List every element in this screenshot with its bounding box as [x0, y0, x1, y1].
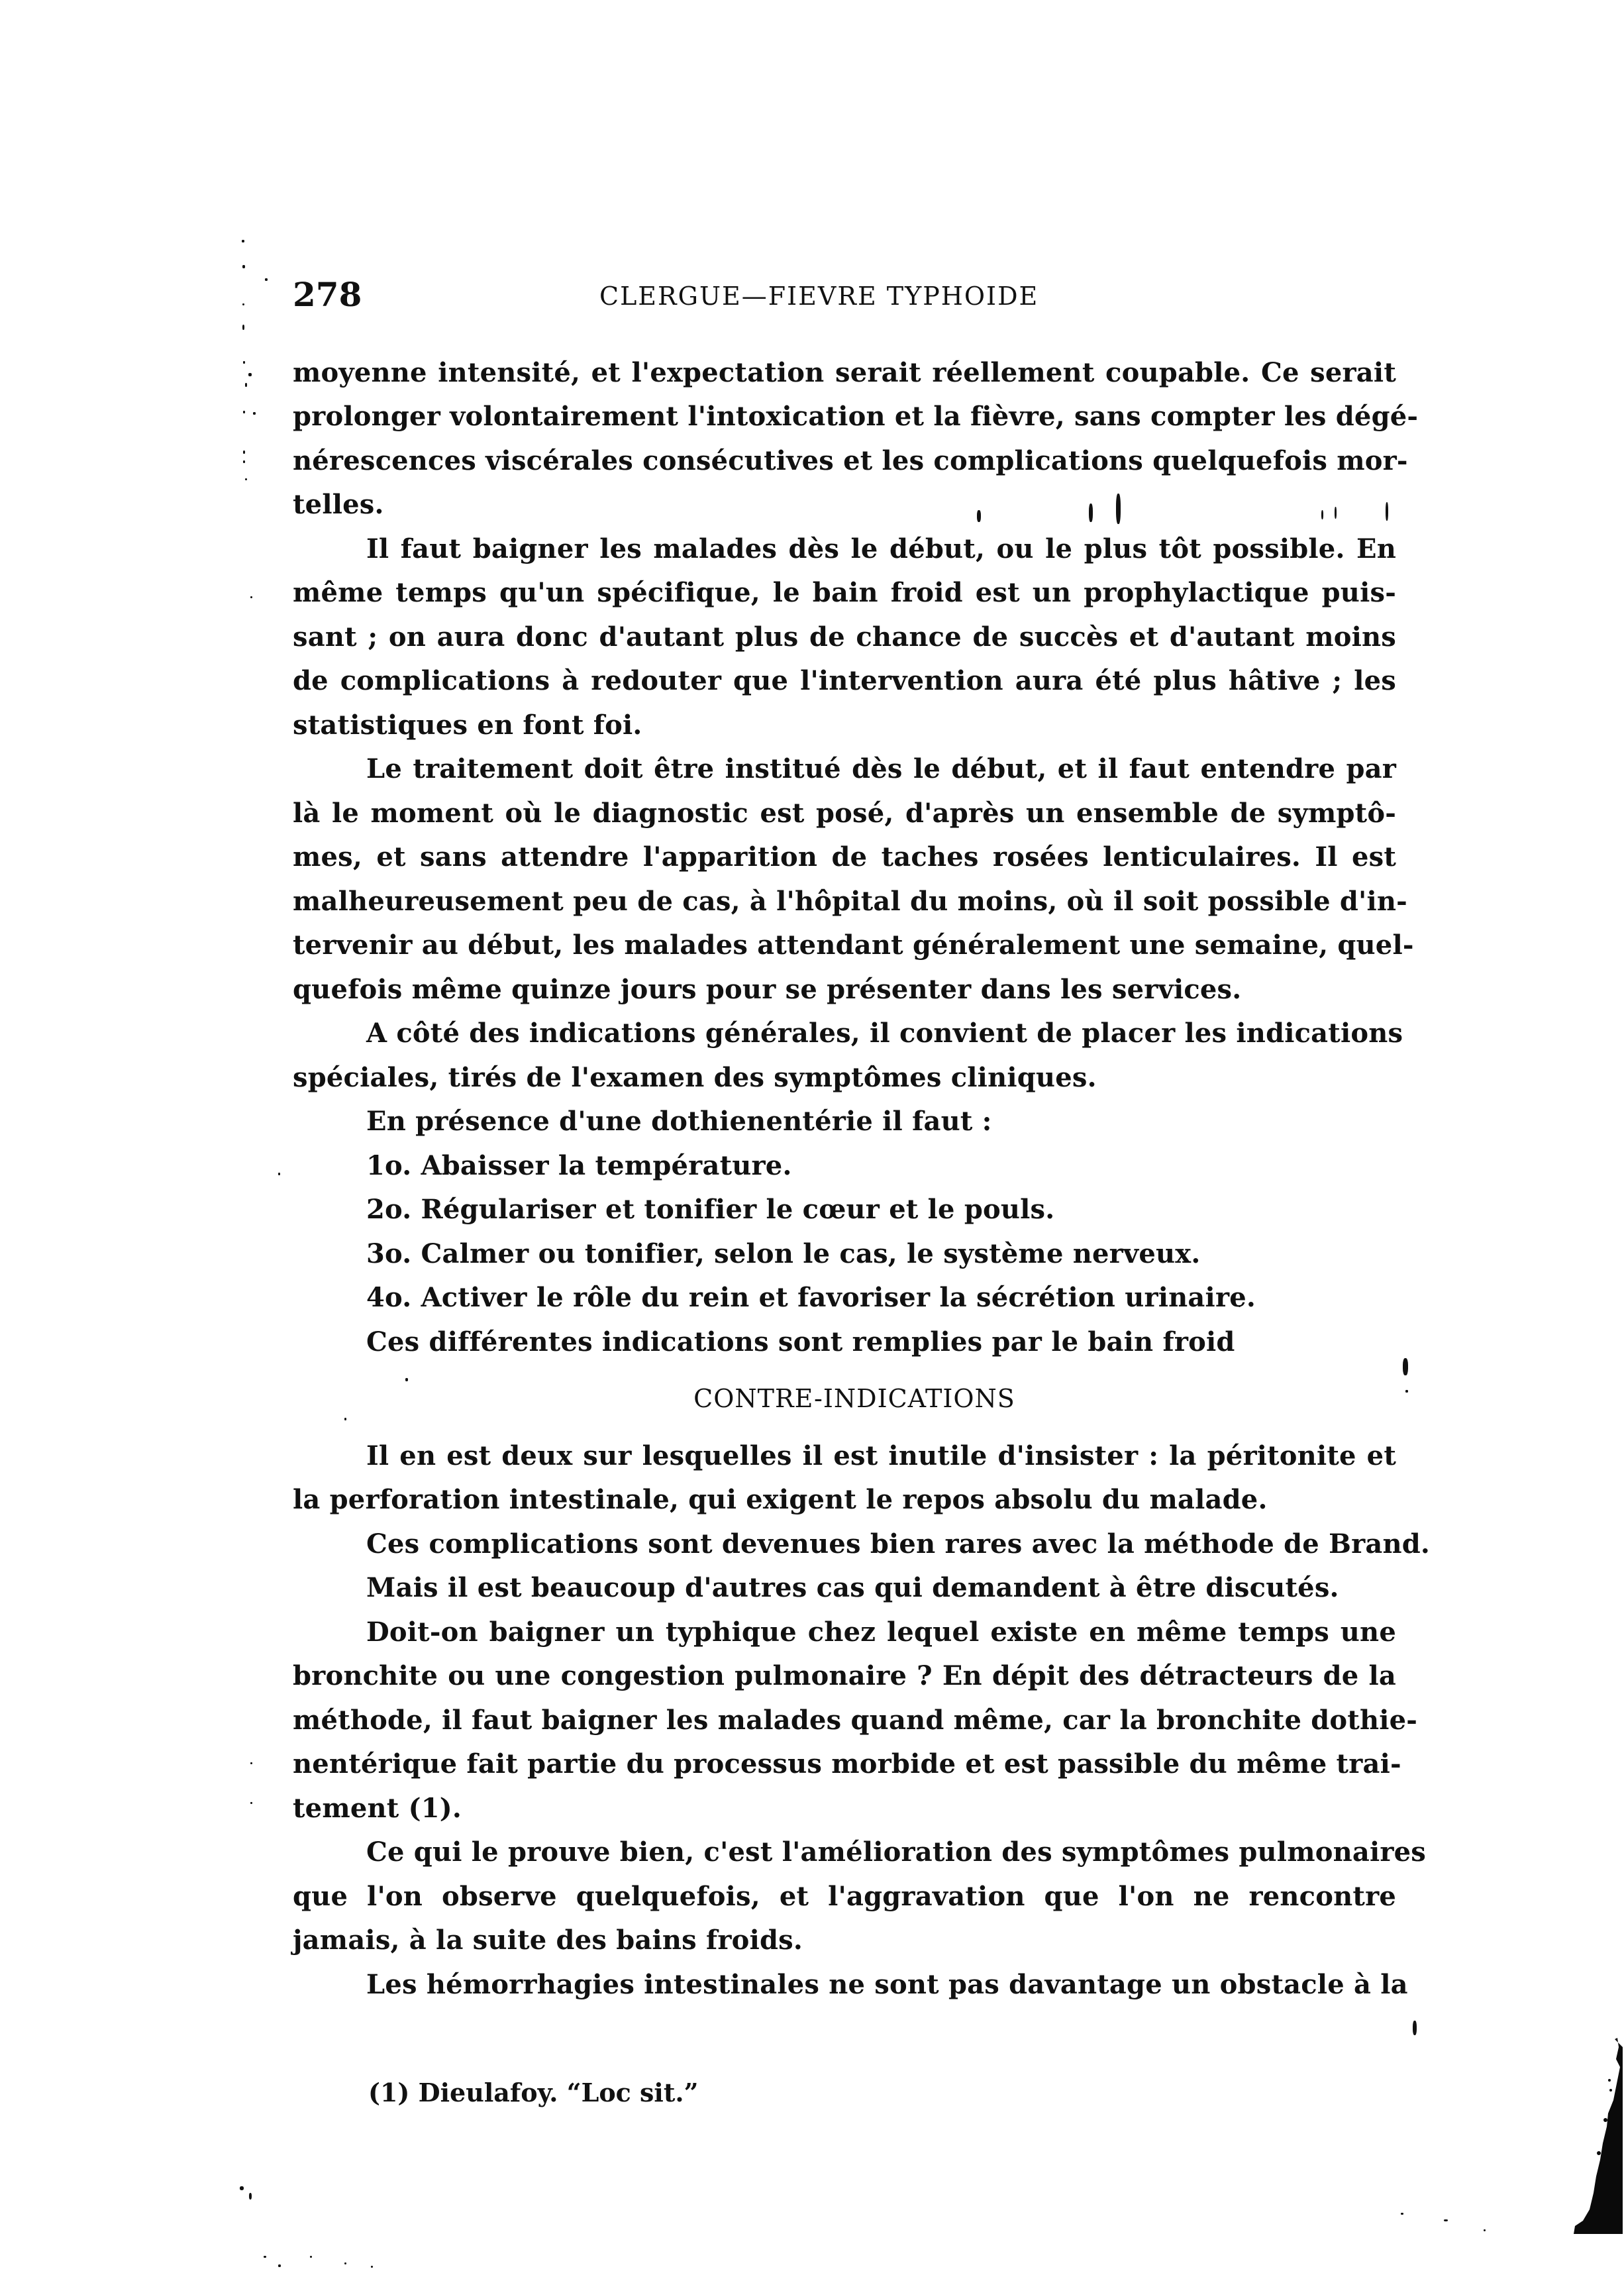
- body-line: spéciales, tirés de l'examen des symptôm…: [293, 1065, 1396, 1091]
- list-item: 1o. Abaisser la température.: [366, 1153, 1396, 1179]
- scan-speck: [250, 1802, 252, 1804]
- scan-speck: [250, 1762, 252, 1764]
- scan-speck: [278, 2264, 281, 2267]
- scan-speck: [371, 2266, 373, 2268]
- scan-speck: [1386, 502, 1388, 521]
- body-line: bronchite ou une congestion pulmonaire ?…: [293, 1663, 1396, 1689]
- scan-speck: [1335, 507, 1337, 519]
- scan-speck: [1444, 2219, 1448, 2221]
- body-line: méthode, il faut baigner les malades qua…: [293, 1707, 1396, 1734]
- paragraph-start: Le traitement doit être institué dès le …: [366, 756, 1396, 782]
- footnote: (1) Dieulafoy. “Loc sit.”: [368, 2080, 699, 2105]
- body-line: mes, et sans attendre l'apparition de ta…: [293, 844, 1396, 871]
- list-item: 2o. Régulariser et tonifier le cœur et l…: [366, 1196, 1396, 1223]
- paragraph-start: Ces complications sont devenues bien rar…: [366, 1531, 1396, 1558]
- scan-speck: [1089, 504, 1093, 522]
- body-line: telles.: [293, 492, 1396, 518]
- paragraph-start: Les hémorrhagies intestinales ne sont pa…: [366, 1972, 1396, 1998]
- scan-speck: [248, 373, 252, 376]
- body-line: statistiques en font foi.: [293, 712, 1396, 739]
- scan-speck: [344, 2262, 346, 2264]
- scan-speck: [253, 412, 256, 415]
- body-line: sant ; on aura donc d'autant plus de cha…: [293, 624, 1396, 651]
- scan-speck: [240, 2186, 244, 2190]
- body-line: là le moment où le diagnostic est posé, …: [293, 800, 1396, 827]
- scan-speck: [249, 2193, 252, 2200]
- scan-speck: [1239, 1305, 1241, 1307]
- scan-speck: [1116, 494, 1121, 524]
- body-line: moyenne intensité, et l'expectation sera…: [293, 360, 1396, 386]
- scan-speck: [242, 240, 244, 242]
- scan-speck: [977, 510, 981, 522]
- scan-speck: [344, 1418, 346, 1420]
- body-line: quefois même quinze jours pour se présen…: [293, 977, 1396, 1003]
- scan-speck: [1401, 2213, 1403, 2215]
- paragraph-start: Ce qui le prouve bien, c'est l'améliorat…: [366, 1839, 1396, 1866]
- running-head: CLERGUE—FIEVRE TYPHOIDE: [599, 284, 1039, 309]
- scan-edge-shadow: [1570, 2027, 1624, 2239]
- scan-speck: [242, 265, 245, 268]
- scan-speck: [243, 361, 245, 364]
- body-line: tervenir au début, les malades attendant…: [293, 932, 1396, 959]
- section-heading: CONTRE-INDICATIONS: [0, 1386, 1624, 1411]
- body-line: nentérique fait partie du processus morb…: [293, 1751, 1396, 1777]
- paragraph-start: Il faut baigner les malades dès le début…: [366, 536, 1396, 562]
- scan-speck: [265, 278, 268, 281]
- scan-speck: [310, 2256, 312, 2258]
- body-line: nérescences viscérales consécutives et l…: [293, 448, 1396, 474]
- body-line: que l'on observe quelquefois, et l'aggra…: [293, 1883, 1396, 1910]
- list-item: 4o. Activer le rôle du rein et favoriser…: [366, 1285, 1396, 1311]
- scan-speck: [405, 1378, 408, 1381]
- paragraph-start: Doit-on baigner un typhique chez lequel …: [366, 1619, 1396, 1646]
- body-line: même temps qu'un spécifique, le bain fro…: [293, 580, 1396, 606]
- paragraph-start: A côté des indications générales, il con…: [366, 1020, 1396, 1047]
- scan-speck: [243, 460, 245, 463]
- scan-speck: [245, 383, 247, 387]
- body-line: la perforation intestinale, qui exigent …: [293, 1487, 1396, 1513]
- page-number: 278: [293, 278, 362, 311]
- body-line: prolonger volontairement l'intoxication …: [293, 403, 1396, 430]
- paragraph-start: Il en est deux sur lesquelles il est inu…: [366, 1443, 1396, 1469]
- scan-speck: [243, 411, 245, 413]
- scan-speck: [242, 325, 244, 330]
- scan-speck: [245, 478, 247, 480]
- scan-speck: [1413, 2021, 1417, 2035]
- list-intro: En présence d'une dothienentérie il faut…: [366, 1108, 1396, 1135]
- body-line: jamais, à la suite des bains froids.: [293, 1927, 1396, 1954]
- scan-speck: [1405, 1390, 1408, 1393]
- scan-speck: [1484, 2229, 1486, 2231]
- scan-speck: [242, 303, 244, 305]
- scan-speck: [1403, 1358, 1408, 1375]
- body-line: malheureusement peu de cas, à l'hôpital …: [293, 888, 1396, 915]
- body-line: tement (1).: [293, 1795, 1396, 1822]
- scanned-page: 278 CLERGUE—FIEVRE TYPHOIDE moyenne inte…: [0, 0, 1624, 2281]
- scan-speck: [243, 451, 245, 454]
- paragraph-start: Mais il est beaucoup d'autres cas qui de…: [366, 1575, 1396, 1601]
- scan-speck: [278, 1173, 280, 1175]
- scan-speck: [264, 2256, 266, 2258]
- scan-speck: [1321, 510, 1323, 519]
- body-line: de complications à redouter que l'interv…: [293, 668, 1396, 694]
- paragraph-start: Ces différentes indications sont remplie…: [366, 1329, 1396, 1355]
- list-item: 3o. Calmer ou tonifier, selon le cas, le…: [366, 1241, 1396, 1267]
- scan-speck: [250, 596, 252, 598]
